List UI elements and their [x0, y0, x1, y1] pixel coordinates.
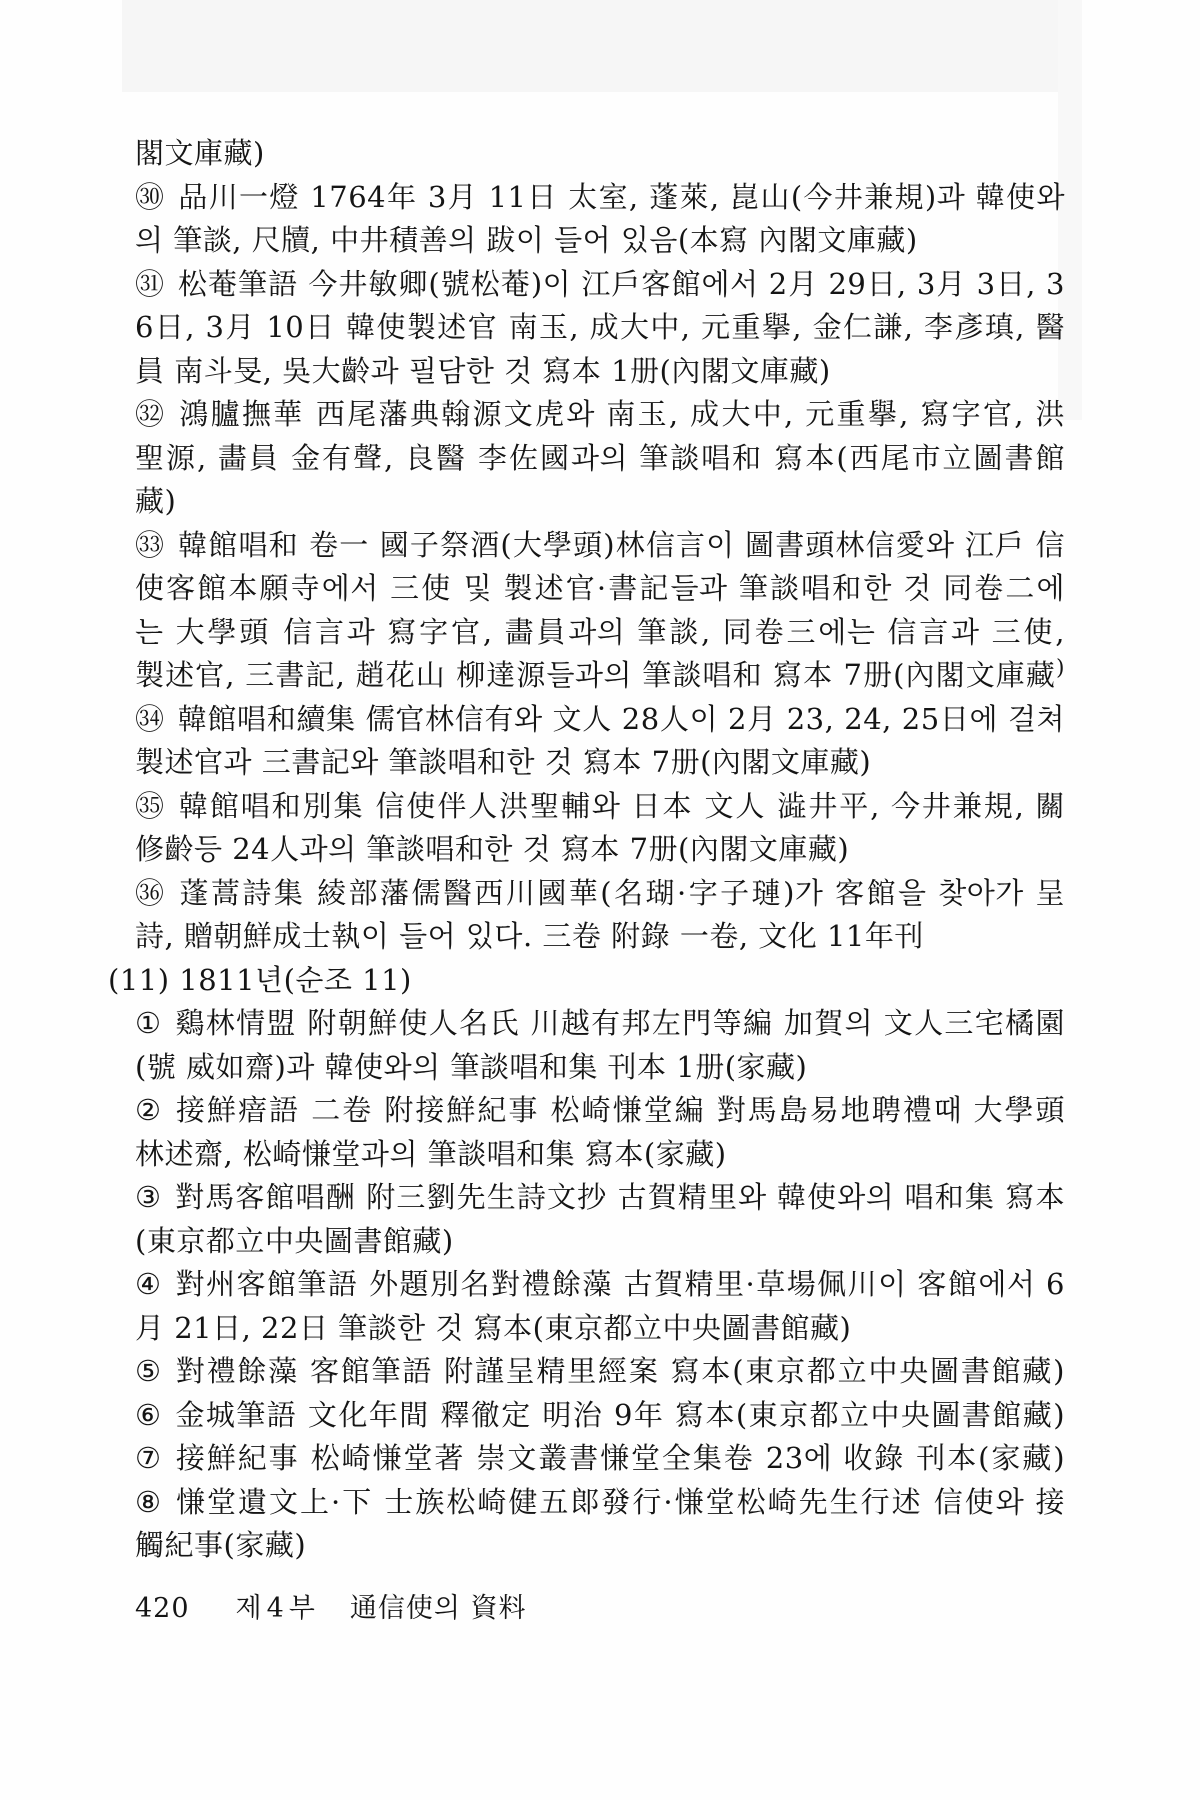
text-line: ㉝韓館唱和 卷一 國子祭酒(大學頭)林信言이 圖書頭林信愛와 江戶 信 [135, 524, 1065, 568]
line-text: 韓館唱和續集 儒官林信有와 文人 28人이 2月 23, 24, 25日에 걸쳐 [178, 702, 1065, 736]
page-footer: 420제4부通信使의 資料 [135, 1586, 527, 1625]
line-text: 의 筆談, 尺牘, 中井積善의 跋이 들어 있음(本寫 內閣文庫藏) [135, 223, 918, 257]
text-line: (11) 1811년(순조 11) [108, 959, 1065, 1003]
line-text: (11) 1811년(순조 11) [108, 963, 412, 997]
line-text: 對禮餘藻 客館筆語 附謹呈精里經案 寫本(東京都立中央圖書館藏) [176, 1354, 1065, 1388]
item-number-marker: ⑦ [135, 1441, 163, 1475]
line-text: (東京都立中央圖書館藏) [135, 1224, 454, 1258]
item-number-marker: ② [135, 1093, 163, 1127]
line-text: 對馬客館唱酬 附三劉先生詩文抄 古賀精里와 韓使와의 唱和集 寫本 [175, 1180, 1065, 1214]
text-line: 製述官과 三書記와 筆談唱和한 것 寫本 7册(內閣文庫藏) [135, 741, 1065, 785]
text-line: ⑤對禮餘藻 客館筆語 附謹呈精里經案 寫本(東京都立中央圖書館藏) [135, 1350, 1065, 1394]
text-line: 製述官, 三書記, 趙花山 柳達源들과의 筆談唱和 寫本 7册(內閣文庫藏) [135, 654, 1065, 698]
text-line: 聖源, 畵員 金有聲, 良醫 李佐國과의 筆談唱和 寫本(西尾市立圖書館 [135, 437, 1065, 481]
item-number-marker: ④ [135, 1267, 162, 1301]
text-line: 의 筆談, 尺牘, 中井積善의 跋이 들어 있음(本寫 內閣文庫藏) [135, 219, 1065, 263]
page-number: 420 [135, 1593, 190, 1624]
line-text: 製述官과 三書記와 筆談唱和한 것 寫本 7册(內閣文庫藏) [135, 745, 871, 779]
raised-paren-artifact: ) [1056, 655, 1065, 680]
text-line: ㉟韓館唱和別集 信使伴人洪聖輔와 日本 文人 澁井平, 今井兼規, 關 [135, 785, 1065, 829]
line-text: 觸紀事(家藏) [135, 1528, 306, 1562]
text-line: 使客館本願寺에서 三使 및 製述官·書記들과 筆談唱和한 것 同卷二에 [135, 567, 1065, 611]
text-line: ⑦接鮮紀事 松崎慊堂著 崇文叢書慊堂全集卷 23에 收錄 刊本(家藏) [135, 1437, 1065, 1481]
text-line: 觸紀事(家藏) [135, 1524, 1065, 1568]
scan-shading-top [122, 0, 1078, 92]
line-text: 松菴筆語 今井敏卿(號松菴)이 江戶客館에서 2月 29日, 3月 3日, 3月 [135, 267, 1065, 307]
text-line: 閣文庫藏) [135, 132, 1065, 176]
bibliography-text-block: 閣文庫藏) ㉚品川一燈 1764年 3月 11日 太室, 蓬萊, 崑山(今井兼規… [135, 132, 1065, 1568]
text-line: ㉚品川一燈 1764年 3月 11日 太室, 蓬萊, 崑山(今井兼規)과 韓使와 [135, 176, 1065, 220]
line-text: 詩, 贈朝鮮成士執이 들어 있다. 三卷 附錄 一卷, 文化 11年刊 [135, 919, 924, 953]
text-line: 6日, 3月 10日 韓使製述官 南玉, 成大中, 元重擧, 金仁謙, 李彥瑱,… [135, 306, 1065, 350]
line-text: 接鮮紀事 松崎慊堂著 崇文叢書慊堂全集卷 23에 收錄 刊本(家藏) [176, 1441, 1065, 1475]
scanned-book-page: 閣文庫藏) ㉚品川一燈 1764年 3月 11日 太室, 蓬萊, 崑山(今井兼規… [0, 0, 1200, 1800]
item-number-marker: ① [135, 1006, 162, 1040]
text-line: 詩, 贈朝鮮成士執이 들어 있다. 三卷 附錄 一卷, 文化 11年刊 [135, 915, 1065, 959]
text-line: ㉜鴻臚撫華 西尾藩典翰源文虎와 南玉, 成大中, 元重擧, 寫字官, 洪 [135, 393, 1065, 437]
text-line: 員 南斗旻, 吳大齡과 필담한 것 寫本 1册(內閣文庫藏) [135, 350, 1065, 394]
footer-title: 通信使의 資料 [350, 1593, 527, 1624]
line-text: 韓館唱和別集 信使伴人洪聖輔와 日本 文人 澁井平, 今井兼規, 關 [179, 789, 1065, 823]
line-text: 聖源, 畵員 金有聲, 良醫 李佐國과의 筆談唱和 寫本(西尾市立圖書館 [135, 441, 1065, 475]
text-line: 藏) [135, 480, 1065, 524]
item-number-marker: ㉝ [135, 528, 165, 562]
text-line: ㉛松菴筆語 今井敏卿(號松菴)이 江戶客館에서 2月 29日, 3月 3日, 3… [135, 263, 1065, 307]
line-text: 鷄林情盟 附朝鮮使人名氏 川越有邦左門等編 加賀의 文人三宅橘園 [175, 1006, 1065, 1040]
line-text: 員 南斗旻, 吳大齡과 필담한 것 寫本 1册(內閣文庫藏) [135, 354, 831, 388]
line-text: 品川一燈 1764年 3月 11日 太室, 蓬萊, 崑山(今井兼規)과 韓使와 [178, 180, 1065, 214]
line-text: 金城筆語 文化年間 釋徹定 明治 9年 寫本(東京都立中央圖書館藏) [175, 1398, 1065, 1432]
text-line: ㊱蓬蒿詩集 綾部藩儒醫西川國華(名瑚·字子璉)가 客館을 찾아가 呈 [135, 872, 1065, 916]
text-line: ③對馬客館唱酬 附三劉先生詩文抄 古賀精里와 韓使와의 唱和集 寫本 [135, 1176, 1065, 1220]
line-text: 林述齋, 松崎慊堂과의 筆談唱和集 寫本(家藏) [135, 1137, 727, 1171]
line-text: 慊堂遺文上·下 士族松崎健五郞發行·慊堂松崎先生行述 信使와 接 [176, 1485, 1065, 1519]
text-line: 月 21日, 22日 筆談한 것 寫本(東京都立中央圖書館藏) [135, 1307, 1065, 1351]
text-line: 林述齋, 松崎慊堂과의 筆談唱和集 寫本(家藏) [135, 1133, 1065, 1177]
item-number-marker: ㉛ [135, 267, 165, 301]
item-number-marker: ㉞ [135, 702, 165, 736]
line-text: 修齡등 24人과의 筆談唱和한 것 寫本 7册(內閣文庫藏) [135, 832, 849, 866]
line-text: 接鮮瘖語 二卷 附接鮮紀事 松崎慊堂編 對馬島易地聘禮때 大學頭 [176, 1093, 1065, 1127]
line-text: 6日, 3月 10日 韓使製述官 南玉, 成大中, 元重擧, 金仁謙, 李彥瑱,… [135, 310, 1065, 344]
line-text: 對州客館筆語 外題別名對禮餘藻 古賀精里·草場佩川이 客館에서 6 [175, 1267, 1065, 1301]
line-text: 韓館唱和 卷一 國子祭酒(大學頭)林信言이 圖書頭林信愛와 江戶 信 [178, 528, 1065, 562]
text-line: (號 威如齋)과 韓使와의 筆談唱和集 刊本 1册(家藏) [135, 1046, 1065, 1090]
item-number-marker: ㊱ [135, 876, 166, 910]
item-number-marker: ⑧ [135, 1485, 163, 1519]
item-number-marker: ⑥ [135, 1398, 162, 1432]
text-line: 는 大學頭 信言과 寫字官, 畵員과의 筆談, 同卷三에는 信言과 三使, [135, 611, 1065, 655]
text-line: ⑥金城筆語 文化年間 釋徹定 明治 9年 寫本(東京都立中央圖書館藏) [135, 1394, 1065, 1438]
text-line: 修齡등 24人과의 筆談唱和한 것 寫本 7册(內閣文庫藏) [135, 828, 1065, 872]
line-text: (號 威如齋)과 韓使와의 筆談唱和集 刊本 1册(家藏) [135, 1050, 807, 1084]
text-line: ①鷄林情盟 附朝鮮使人名氏 川越有邦左門等編 加賀의 文人三宅橘園 [135, 1002, 1065, 1046]
item-number-marker: ㉚ [135, 180, 165, 214]
item-number-marker: ㉟ [135, 789, 166, 823]
line-text: 는 大學頭 信言과 寫字官, 畵員과의 筆談, 同卷三에는 信言과 三使, [135, 615, 1065, 649]
line-text: 鴻臚撫華 西尾藩典翰源文虎와 南玉, 成大中, 元重擧, 寫字官, 洪 [179, 397, 1065, 431]
line-text: 月 21日, 22日 筆談한 것 寫本(東京都立中央圖書館藏) [135, 1311, 851, 1345]
text-line: ②接鮮瘖語 二卷 附接鮮紀事 松崎慊堂編 對馬島易地聘禮때 大學頭 [135, 1089, 1065, 1133]
part-label: 제4부 [236, 1593, 320, 1624]
line-text: 閣文庫藏) [135, 136, 265, 170]
text-line: ㉞韓館唱和續集 儒官林信有와 文人 28人이 2月 23, 24, 25日에 걸… [135, 698, 1065, 742]
line-text: 使客館本願寺에서 三使 및 製述官·書記들과 筆談唱和한 것 同卷二에 [135, 571, 1065, 605]
text-line: ⑧慊堂遺文上·下 士族松崎健五郞發行·慊堂松崎先生行述 信使와 接 [135, 1481, 1065, 1525]
item-number-marker: ③ [135, 1180, 162, 1214]
item-number-marker: ㉜ [135, 397, 166, 431]
line-text: 藏) [135, 484, 176, 518]
text-line: (東京都立中央圖書館藏) [135, 1220, 1065, 1264]
line-text: 製述官, 三書記, 趙花山 柳達源들과의 筆談唱和 寫本 7册(內閣文庫藏 [135, 658, 1056, 692]
item-number-marker: ⑤ [135, 1354, 163, 1388]
text-line: ④對州客館筆語 外題別名對禮餘藻 古賀精里·草場佩川이 客館에서 6 [135, 1263, 1065, 1307]
line-text: 蓬蒿詩集 綾部藩儒醫西川國華(名瑚·字子璉)가 客館을 찾아가 呈 [179, 876, 1065, 910]
